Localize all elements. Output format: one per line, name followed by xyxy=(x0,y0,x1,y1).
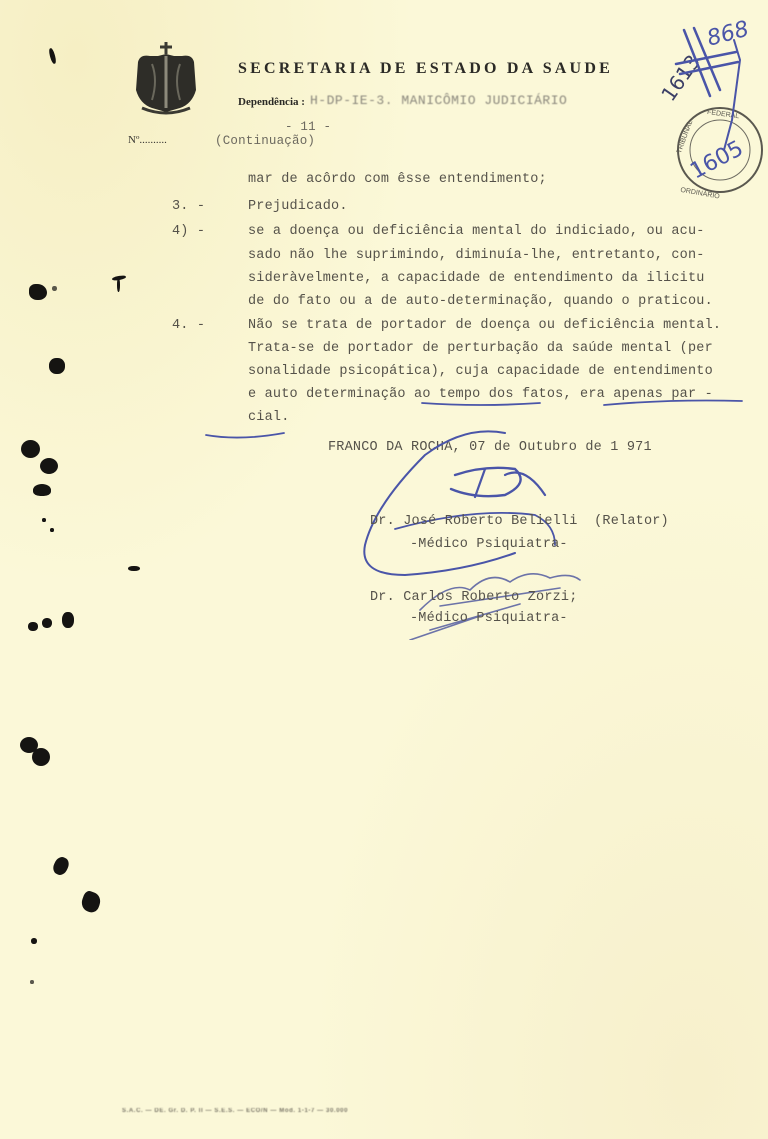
svg-text:TRIBUNAL: TRIBUNAL xyxy=(676,119,694,154)
body-line: sado não lhe suprimindo, diminuía-lhe, e… xyxy=(248,248,705,263)
letterhead-title: SECRETARIA DE ESTADO DA SAUDE xyxy=(238,60,613,78)
page-number: - 11 - xyxy=(285,120,331,134)
item-marker: 3. - xyxy=(172,199,205,214)
body-line: Trata-se de portador de perturbação da s… xyxy=(248,341,713,356)
svg-text:1605: 1605 xyxy=(686,136,747,184)
continuation-label: (Continuação) xyxy=(215,134,315,148)
signature-role-2: -Médico Psiquiatra- xyxy=(410,611,568,626)
body-line: se a doença ou deficiência mental do ind… xyxy=(248,224,705,239)
body-line: mar de acôrdo com êsse entendimento; xyxy=(248,172,547,187)
body-line: sonalidade psicopática), cuja capacidade… xyxy=(248,364,713,379)
signature-name-2: Dr. Carlos Roberto Zorzi; xyxy=(370,590,578,605)
court-stamp: FEDERAL ORDINÁRIO TRIBUNAL 1605 1613 868 xyxy=(640,0,768,210)
body-line: Prejudicado. xyxy=(248,199,348,214)
form-footer-code: S.A.C. — DE. Gr. D. P. II — S.E.S. — ECO… xyxy=(122,1108,348,1114)
body-line: de do fato ou a de auto-determinação, qu… xyxy=(248,294,713,309)
signature-name-1: Dr. José Roberto Belielli (Relator) xyxy=(370,514,669,529)
item-marker: 4) - xyxy=(172,224,205,239)
number-label: Nº.......... xyxy=(128,134,167,146)
dependencia-value: H-DP-IE-3. MANICÔMIO JUDICIÁRIO xyxy=(310,93,567,108)
body-line: Não se trata de portador de doença ou de… xyxy=(248,318,721,333)
coat-of-arms-emblem xyxy=(132,40,200,116)
body-line: sideràvelmente, a capacidade de entendim… xyxy=(248,271,705,286)
item-marker: 4. - xyxy=(172,318,205,333)
dependencia-label: Dependência : xyxy=(238,96,305,108)
signature-role-1: -Médico Psiquiatra- xyxy=(410,537,568,552)
svg-text:868: 868 xyxy=(704,17,751,52)
